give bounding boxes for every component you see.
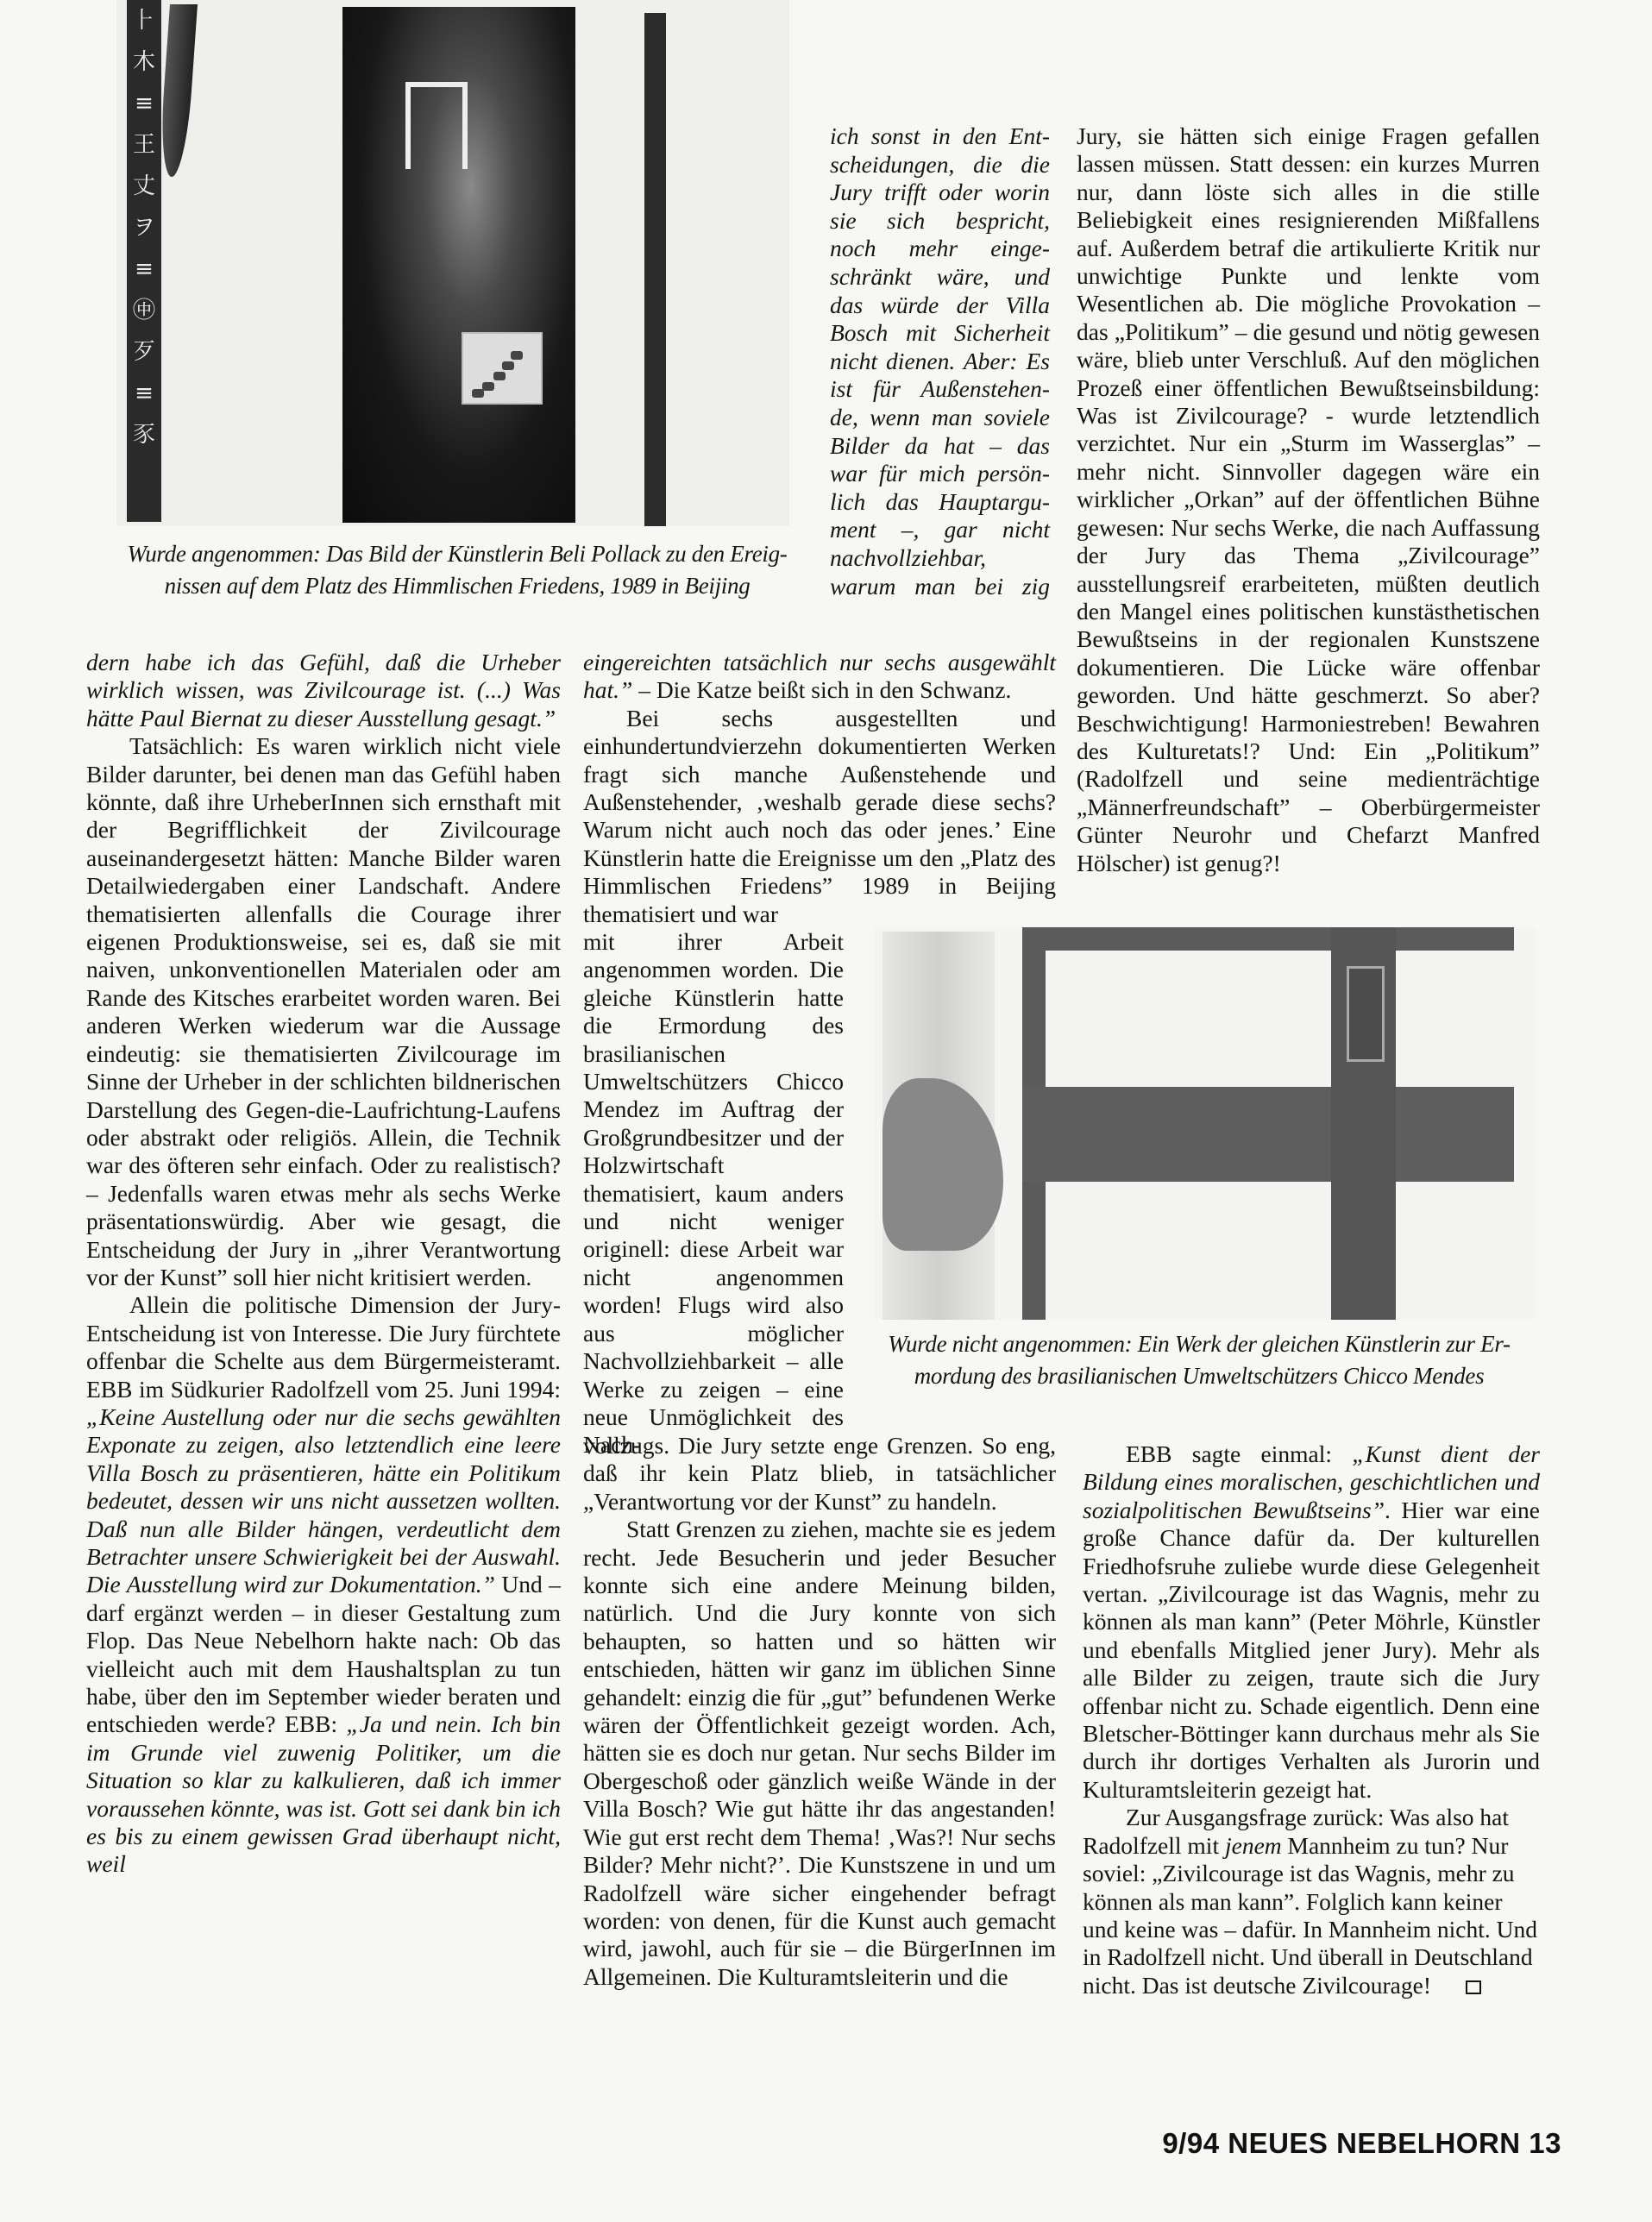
seal-glyph: ≡ bbox=[127, 83, 161, 124]
column-middle-lower: vollzugs. Die Jury setzte enge Grenzen. … bbox=[583, 1432, 1056, 1991]
quote-text: „Keine Austellung oder nur die sechs gew… bbox=[86, 1403, 561, 1597]
text-line: Jury trifft oder worin bbox=[830, 179, 1050, 207]
text-line: scheidungen, die die bbox=[830, 151, 1050, 179]
caption-line: nissen auf dem Platz des Himmlischen Fri… bbox=[86, 570, 828, 602]
seal-glyph: 丈 bbox=[127, 166, 161, 207]
column-middle-upper: eingereichten tatsächlich nur sechs ausg… bbox=[583, 649, 1056, 928]
paragraph: mit ihrer Arbeit angenommen worden. Die … bbox=[583, 928, 844, 1459]
seal-glyph: ≡ bbox=[127, 373, 161, 414]
paragraph: Allein die politische Dimension der Jury… bbox=[86, 1291, 561, 1879]
text-line: Bilder da hat – das bbox=[830, 432, 1050, 461]
text-span: . Hier war eine große Chance dafür da. D… bbox=[1083, 1497, 1540, 1803]
seal-glyph: 豕 bbox=[127, 414, 161, 455]
seal-glyph: 歹 bbox=[127, 331, 161, 373]
figure2-caption: Wurde nicht angenommen: Ein Werk der gle… bbox=[850, 1328, 1548, 1392]
text-line: sie sich bespricht, bbox=[830, 207, 1050, 235]
caption-line: Wurde angenommen: Das Bild der Künstleri… bbox=[86, 538, 828, 570]
seal-glyph: ヲ bbox=[127, 207, 161, 248]
seal-glyph: 木 bbox=[127, 41, 161, 83]
text-line: de, wenn man soviele bbox=[830, 404, 1050, 432]
page-footer: 9/94 NEUES NEBELHORN 13 bbox=[1162, 2127, 1561, 2160]
text-span: EBB sagte einmal: bbox=[1126, 1441, 1352, 1467]
column-left: dern habe ich das Gefühl, daß die Urhebe… bbox=[86, 649, 561, 1879]
column-top-middle: ich sonst in den Ent-scheidungen, die di… bbox=[830, 122, 1050, 600]
caption-line: Wurde nicht angenommen: Ein Werk der gle… bbox=[850, 1328, 1548, 1360]
tank-row-image bbox=[462, 332, 543, 405]
text-line: ment –, gar nicht bbox=[830, 516, 1050, 544]
paragraph: EBB sagte einmal: „Kunst dient der Bildu… bbox=[1083, 1441, 1540, 1804]
seal-glyph: 王 bbox=[127, 124, 161, 166]
cross-horizontal-beam bbox=[1022, 1087, 1514, 1182]
text-span: – Die Katze beißt sich in den Schwanz. bbox=[632, 676, 1011, 703]
paragraph: Bei sechs ausgestellten und einhundertun… bbox=[583, 705, 1056, 928]
figure-beijing-painting: ⺊木≡王丈ヲ≡㊥歹≡豕 bbox=[116, 0, 789, 526]
text-line: lich das Hauptargu- bbox=[830, 488, 1050, 517]
text-span: Allein die politische Dimension der Jury… bbox=[86, 1291, 561, 1402]
paragraph: Tatsächlich: Es waren wirklich nicht vie… bbox=[86, 732, 561, 1291]
text-line: war für mich persön- bbox=[830, 460, 1050, 488]
seal-glyph: ㊥ bbox=[127, 290, 161, 331]
text-line: ich sonst in den Ent- bbox=[830, 122, 1050, 151]
text-line: warum man bei zig bbox=[830, 573, 1050, 601]
seal-glyph: ≡ bbox=[127, 248, 161, 290]
figure-cross-artwork bbox=[874, 927, 1536, 1320]
dark-vertical-bar bbox=[644, 13, 666, 526]
text-line: nachvollziehbar, bbox=[830, 544, 1050, 573]
chinese-seal-scroll: ⺊木≡王丈ヲ≡㊥歹≡豕 bbox=[127, 0, 161, 522]
emphasis: jenem bbox=[1225, 1832, 1282, 1859]
text-line: nicht dienen. Aber: Es bbox=[830, 348, 1050, 376]
page-number: 13 bbox=[1529, 2127, 1561, 2159]
column-right-bottom: EBB sagte einmal: „Kunst dient der Bildu… bbox=[1083, 1441, 1540, 1999]
cross-top-beam bbox=[1022, 927, 1514, 951]
end-of-article-icon bbox=[1466, 1980, 1481, 1994]
paragraph: Statt Grenzen zu ziehen, machte sie es j… bbox=[583, 1516, 1056, 1991]
dagger-shape bbox=[158, 4, 198, 177]
text-line: das würde der Villa bbox=[830, 292, 1050, 320]
column-middle-narrow: mit ihrer Arbeit angenommen worden. Die … bbox=[583, 928, 844, 1459]
text-line: schränkt wäre, und bbox=[830, 263, 1050, 292]
figure1-caption: Wurde angenommen: Das Bild der Künstleri… bbox=[86, 538, 828, 602]
paragraph: vollzugs. Die Jury setzte enge Grenzen. … bbox=[583, 1432, 1056, 1516]
caption-line: mordung des brasilianischen Umweltschütz… bbox=[850, 1360, 1548, 1392]
text-line: noch mehr einge- bbox=[830, 235, 1050, 263]
text-line: Bosch mit Sicherheit bbox=[830, 319, 1050, 348]
column-right-top: Jury, sie hätten sich einige Fragen gefa… bbox=[1077, 122, 1540, 877]
paragraph: eingereichten tatsächlich nur sechs ausg… bbox=[583, 649, 1056, 705]
issue-number: 9/94 bbox=[1162, 2127, 1219, 2159]
text-line: ist für Außenstehen- bbox=[830, 375, 1050, 404]
paragraph: Zur Ausgangsfrage zurück: Was also hat R… bbox=[1083, 1804, 1540, 1999]
quote-continuation: dern habe ich das Gefühl, daß die Urhebe… bbox=[86, 649, 561, 732]
white-frame-shape bbox=[405, 82, 468, 169]
cross-inset-panel bbox=[1347, 966, 1385, 1062]
paragraph: Jury, sie hätten sich einige Fragen gefa… bbox=[1077, 122, 1540, 877]
seal-glyph: ⺊ bbox=[127, 0, 161, 41]
magazine-name: NEUES NEBELHORN bbox=[1228, 2127, 1520, 2159]
